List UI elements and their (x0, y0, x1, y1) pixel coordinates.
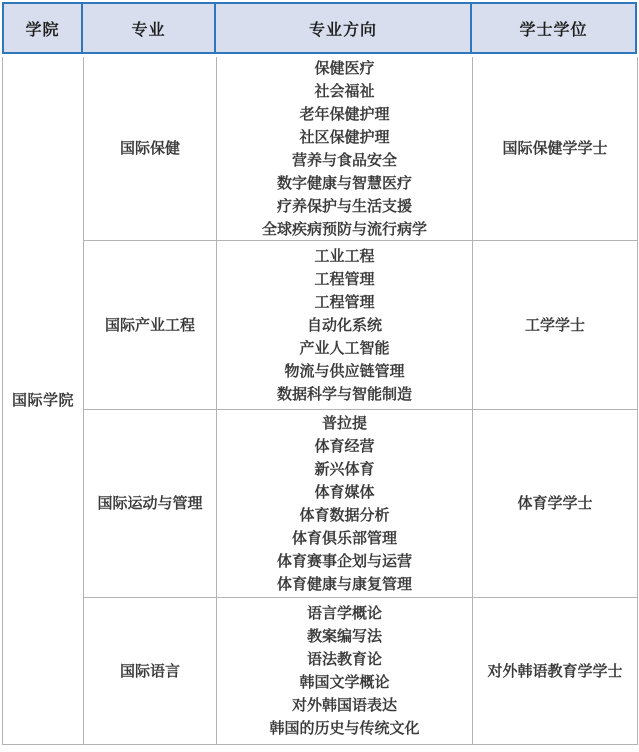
table-body: 国际学院 国际保健 保健医疗 社会福祉 老年保健护理 社区保健护理 营养与食品安… (2, 57, 637, 745)
direction-item: 工程管理 (314, 291, 374, 314)
table-header-row: 学院 专业 专业方向 学士学位 (2, 2, 637, 54)
direction-item: 体育俱乐部管理 (292, 527, 397, 550)
directions-cell-row1: 保健医疗 社会福祉 老年保健护理 社区保健护理 营养与食品安全 数字健康与智慧医… (217, 57, 473, 241)
direction-item: 疗养保护与生活支援 (277, 195, 412, 218)
direction-item: 社会福祉 (314, 80, 374, 103)
header-college: 学院 (4, 4, 83, 52)
direction-item: 营养与食品安全 (292, 149, 397, 172)
header-major-direction: 专业方向 (216, 4, 472, 52)
direction-item: 教案编写法 (307, 625, 382, 648)
direction-item: 工程管理 (314, 268, 374, 291)
college-cell: 国际学院 (3, 57, 84, 745)
directions-cell-row2: 工业工程 工程管理 工程管理 自动化系统 产业人工智能 物流与供应链管理 数据科… (217, 241, 473, 410)
direction-item: 体育健康与康复管理 (277, 573, 412, 596)
direction-item: 语法教育论 (307, 648, 382, 671)
direction-item: 老年保健护理 (299, 103, 389, 126)
direction-item: 保健医疗 (314, 57, 374, 80)
major-cell-row3: 国际运动与管理 (84, 410, 217, 598)
direction-item: 体育赛事企划与运营 (277, 550, 412, 573)
direction-item: 全球疾病预防与流行病学 (262, 218, 427, 241)
major-cell-row1: 国际保健 (84, 57, 217, 241)
directions-cell-row4: 语言学概论 教案编写法 语法教育论 韩国文学概论 对外韩国语表达 韩国的历史与传… (217, 598, 473, 745)
direction-item: 工业工程 (314, 245, 374, 268)
directions-cell-row3: 普拉提 体育经营 新兴体育 体育媒体 体育数据分析 体育俱乐部管理 体育赛事企划… (217, 410, 473, 598)
direction-item: 新兴体育 (314, 458, 374, 481)
direction-item: 韩国文学概论 (299, 671, 389, 694)
direction-item: 体育经营 (314, 435, 374, 458)
major-cell-row2: 国际产业工程 (84, 241, 217, 410)
direction-item: 自动化系统 (307, 314, 382, 337)
direction-item: 普拉提 (322, 412, 367, 435)
direction-item: 韩国的历史与传统文化 (269, 717, 419, 740)
direction-item: 产业人工智能 (299, 337, 389, 360)
degree-cell-row4: 对外韩语教育学学士 (473, 598, 638, 745)
direction-item: 体育数据分析 (299, 504, 389, 527)
direction-item: 语言学概论 (307, 602, 382, 625)
degree-cell-row3: 体育学学士 (473, 410, 638, 598)
programs-table-page: 学院 专业 专业方向 学士学位 国际学院 国际保健 保健医疗 社会福祉 老年保健… (0, 0, 639, 752)
major-cell-row4: 国际语言 (84, 598, 217, 745)
direction-item: 对外韩国语表达 (292, 694, 397, 717)
header-major: 专业 (83, 4, 216, 52)
degree-cell-row2: 工学学士 (473, 241, 638, 410)
direction-item: 数据科学与智能制造 (277, 383, 412, 406)
direction-item: 社区保健护理 (299, 126, 389, 149)
header-bachelor-degree: 学士学位 (472, 4, 635, 52)
degree-cell-row1: 国际保健学学士 (473, 57, 638, 241)
direction-item: 体育媒体 (314, 481, 374, 504)
direction-item: 数字健康与智慧医疗 (277, 172, 412, 195)
direction-item: 物流与供应链管理 (284, 360, 404, 383)
